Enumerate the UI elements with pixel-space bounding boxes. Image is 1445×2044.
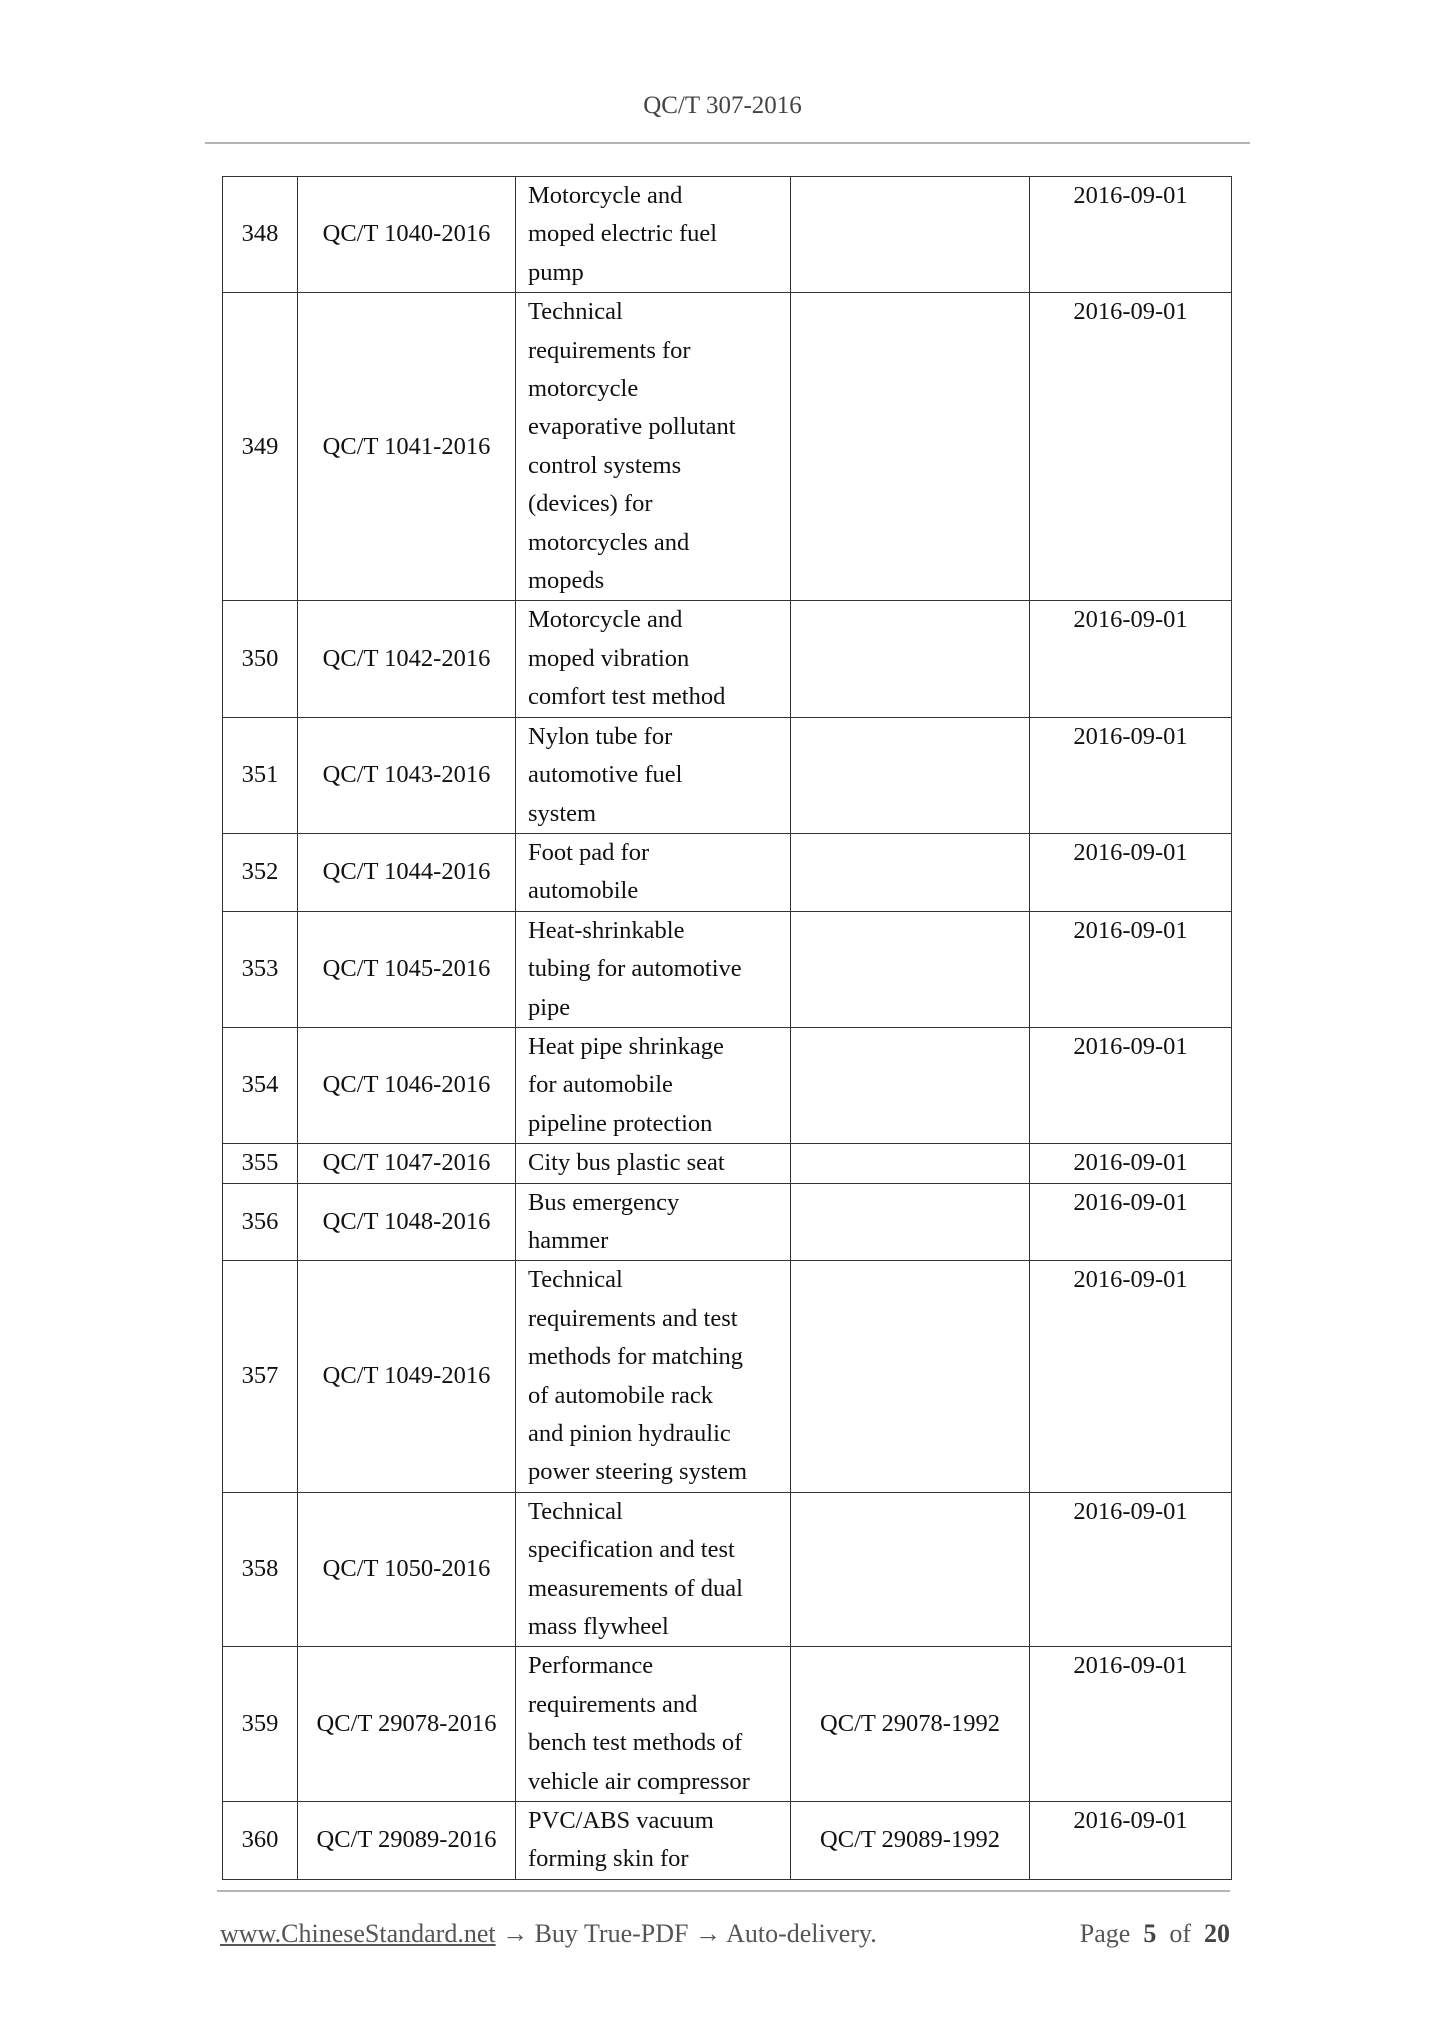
implementation-date: 2016-09-01 (1030, 1027, 1232, 1143)
standard-name: City bus plastic seat (516, 1144, 791, 1183)
standard-name-line: and pinion hydraulic (528, 1415, 786, 1453)
standard-name-line: City bus plastic seat (528, 1144, 786, 1182)
row-number: 352 (223, 833, 298, 911)
page-label: Page (1080, 1919, 1131, 1948)
row-number: 351 (223, 717, 298, 833)
standard-name-line: system (528, 795, 786, 833)
implementation-date: 2016-09-01 (1030, 293, 1232, 601)
standard-name-line: mopeds (528, 562, 786, 600)
implementation-date: 2016-09-01 (1030, 601, 1232, 717)
standard-name-line: of automobile rack (528, 1377, 786, 1415)
implementation-date: 2016-09-01 (1030, 1647, 1232, 1802)
replaced-standard (791, 1492, 1030, 1647)
table-row: 354QC/T 1046-2016Heat pipe shrinkagefor … (223, 1027, 1232, 1143)
standard-name-line: mass flywheel (528, 1608, 786, 1646)
standards-table: 348QC/T 1040-2016Motorcycle andmoped ele… (222, 176, 1232, 1880)
standard-code: QC/T 1045-2016 (298, 911, 516, 1027)
standard-name-line: Technical (528, 293, 786, 331)
standard-name-line: power steering system (528, 1453, 786, 1491)
standard-name-line: PVC/ABS vacuum (528, 1802, 786, 1840)
standard-name-line: pump (528, 254, 786, 292)
standard-code: QC/T 1047-2016 (298, 1144, 516, 1183)
standard-name: Heat pipe shrinkagefor automobilepipelin… (516, 1027, 791, 1143)
standard-name-line: Motorcycle and (528, 177, 786, 215)
row-number: 358 (223, 1492, 298, 1647)
implementation-date: 2016-09-01 (1030, 1802, 1232, 1880)
standard-name-line: Motorcycle and (528, 601, 786, 639)
replaced-standard (791, 293, 1030, 601)
row-number: 359 (223, 1647, 298, 1802)
page-total: 20 (1204, 1919, 1230, 1948)
table-row: 349QC/T 1041-2016Technicalrequirements f… (223, 293, 1232, 601)
table-row: 358QC/T 1050-2016Technicalspecification … (223, 1492, 1232, 1647)
row-number: 360 (223, 1802, 298, 1880)
replaced-standard (791, 1183, 1030, 1261)
standard-name: Bus emergencyhammer (516, 1183, 791, 1261)
standard-name-line: Foot pad for (528, 834, 786, 872)
row-number: 354 (223, 1027, 298, 1143)
standard-code: QC/T 1040-2016 (298, 177, 516, 293)
standard-name-line: requirements and (528, 1686, 786, 1724)
document-header-title: QC/T 307-2016 (0, 92, 1445, 120)
standard-name: Motorcycle andmoped vibrationcomfort tes… (516, 601, 791, 717)
standard-name-line: methods for matching (528, 1338, 786, 1376)
replaced-standard: QC/T 29089-1992 (791, 1802, 1030, 1880)
standard-name-line: moped vibration (528, 640, 786, 678)
standard-name-line: for automobile (528, 1066, 786, 1104)
standard-code: QC/T 1041-2016 (298, 293, 516, 601)
standard-name-line: requirements and test (528, 1300, 786, 1338)
standard-name-line: measurements of dual (528, 1570, 786, 1608)
replaced-standard (791, 1261, 1030, 1492)
standard-name: Foot pad forautomobile (516, 833, 791, 911)
row-number: 353 (223, 911, 298, 1027)
standard-name-line: control systems (528, 447, 786, 485)
row-number: 350 (223, 601, 298, 717)
standard-name-line: Heat-shrinkable (528, 912, 786, 950)
table-row: 357QC/T 1049-2016Technicalrequirements a… (223, 1261, 1232, 1492)
page-footer: www.ChineseStandard.net → Buy True-PDF →… (220, 1919, 1230, 1949)
standard-name: PVC/ABS vacuumforming skin for (516, 1802, 791, 1880)
page-indicator: Page 5 of 20 (1080, 1919, 1230, 1949)
standard-name-line: Technical (528, 1261, 786, 1299)
standard-name-line: comfort test method (528, 678, 786, 716)
standard-name-line: Performance (528, 1647, 786, 1685)
standard-name: Motorcycle andmoped electric fuelpump (516, 177, 791, 293)
standard-name-line: hammer (528, 1222, 786, 1260)
standard-name: Performancerequirements andbench test me… (516, 1647, 791, 1802)
replaced-standard: QC/T 29078-1992 (791, 1647, 1030, 1802)
implementation-date: 2016-09-01 (1030, 1183, 1232, 1261)
header-divider (205, 142, 1250, 144)
standard-name-line: automobile (528, 872, 786, 910)
standard-code: QC/T 1049-2016 (298, 1261, 516, 1492)
standard-name-line: pipe (528, 989, 786, 1027)
standard-name-line: moped electric fuel (528, 215, 786, 253)
table-row: 350QC/T 1042-2016Motorcycle andmoped vib… (223, 601, 1232, 717)
implementation-date: 2016-09-01 (1030, 177, 1232, 293)
standard-code: QC/T 29089-2016 (298, 1802, 516, 1880)
implementation-date: 2016-09-01 (1030, 1144, 1232, 1183)
buy-text: Buy True-PDF (535, 1919, 689, 1948)
row-number: 348 (223, 177, 298, 293)
table-row: 355QC/T 1047-2016City bus plastic seat20… (223, 1144, 1232, 1183)
table-row: 348QC/T 1040-2016Motorcycle andmoped ele… (223, 177, 1232, 293)
standard-code: QC/T 29078-2016 (298, 1647, 516, 1802)
row-number: 356 (223, 1183, 298, 1261)
standard-name-line: (devices) for (528, 485, 786, 523)
standard-name: Technicalspecification and testmeasureme… (516, 1492, 791, 1647)
standard-name-line: Nylon tube for (528, 718, 786, 756)
standard-name-line: requirements for (528, 332, 786, 370)
standard-name-line: automotive fuel (528, 756, 786, 794)
standard-name-line: forming skin for (528, 1840, 786, 1878)
table-row: 352QC/T 1044-2016Foot pad forautomobile2… (223, 833, 1232, 911)
page-current: 5 (1143, 1919, 1156, 1948)
replaced-standard (791, 911, 1030, 1027)
standard-name-line: motorcycle (528, 370, 786, 408)
delivery-text: Auto-delivery. (726, 1919, 877, 1948)
standard-name-line: bench test methods of (528, 1724, 786, 1762)
implementation-date: 2016-09-01 (1030, 717, 1232, 833)
replaced-standard (791, 1027, 1030, 1143)
implementation-date: 2016-09-01 (1030, 1261, 1232, 1492)
table-row: 353QC/T 1045-2016Heat-shrinkabletubing f… (223, 911, 1232, 1027)
implementation-date: 2016-09-01 (1030, 833, 1232, 911)
replaced-standard (791, 1144, 1030, 1183)
table-row: 351QC/T 1043-2016Nylon tube forautomotiv… (223, 717, 1232, 833)
standard-name: Technicalrequirements and testmethods fo… (516, 1261, 791, 1492)
row-number: 355 (223, 1144, 298, 1183)
row-number: 357 (223, 1261, 298, 1492)
standard-name-line: Heat pipe shrinkage (528, 1028, 786, 1066)
standard-name-line: Technical (528, 1493, 786, 1531)
standard-name-line: tubing for automotive (528, 950, 786, 988)
standard-name-line: vehicle air compressor (528, 1763, 786, 1801)
standard-code: QC/T 1043-2016 (298, 717, 516, 833)
standard-name-line: Bus emergency (528, 1184, 786, 1222)
standard-code: QC/T 1044-2016 (298, 833, 516, 911)
right-arrow-icon: → (502, 1919, 528, 1948)
site-link[interactable]: www.ChineseStandard.net (220, 1919, 496, 1948)
replaced-standard (791, 177, 1030, 293)
standard-code: QC/T 1042-2016 (298, 601, 516, 717)
standard-name: Nylon tube forautomotive fuelsystem (516, 717, 791, 833)
replaced-standard (791, 833, 1030, 911)
table-row: 360QC/T 29089-2016PVC/ABS vacuumforming … (223, 1802, 1232, 1880)
standard-name-line: evaporative pollutant (528, 408, 786, 446)
implementation-date: 2016-09-01 (1030, 911, 1232, 1027)
row-number: 349 (223, 293, 298, 601)
footer-divider (217, 1890, 1230, 1892)
standard-name-line: specification and test (528, 1531, 786, 1569)
page-of: of (1169, 1919, 1191, 1948)
standard-code: QC/T 1048-2016 (298, 1183, 516, 1261)
replaced-standard (791, 717, 1030, 833)
standard-name-line: motorcycles and (528, 524, 786, 562)
standard-code: QC/T 1050-2016 (298, 1492, 516, 1647)
right-arrow-icon: → (695, 1919, 721, 1948)
table-row: 356QC/T 1048-2016Bus emergencyhammer2016… (223, 1183, 1232, 1261)
standard-code: QC/T 1046-2016 (298, 1027, 516, 1143)
standard-name: Heat-shrinkabletubing for automotivepipe (516, 911, 791, 1027)
implementation-date: 2016-09-01 (1030, 1492, 1232, 1647)
replaced-standard (791, 601, 1030, 717)
table-row: 359QC/T 29078-2016Performancerequirement… (223, 1647, 1232, 1802)
standard-name: Technicalrequirements formotorcycleevapo… (516, 293, 791, 601)
standard-name-line: pipeline protection (528, 1105, 786, 1143)
